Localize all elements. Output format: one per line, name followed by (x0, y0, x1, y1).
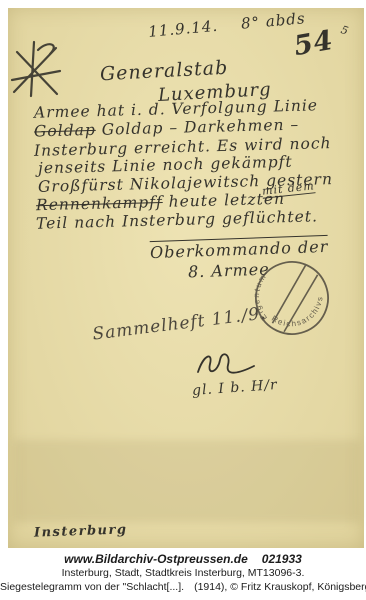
reichsarchiv-stamp: Eigentum Reichsarchivs (252, 258, 332, 338)
crossout-scribble (10, 40, 64, 100)
caption-description-line: Siegestelegramm von der "Schlacht[...].(… (0, 581, 366, 593)
caption-credit: (1914), © Fritz Krauskopf, Königsberg (194, 581, 366, 593)
archive-id: 021933 (262, 552, 302, 566)
struck-word-goldap: Goldap (34, 121, 96, 141)
paper-shading (14, 440, 360, 522)
caption-strip: www.Bildarchiv-Ostpreussen.de021933 Inst… (0, 548, 366, 600)
caption-archive-line: www.Bildarchiv-Ostpreussen.de021933 (0, 552, 366, 566)
archive-photo-page: 11.9.14. 8° abds 54 5 Generalstab Luxemb… (0, 0, 366, 600)
caption-description: Siegestelegramm von der "Schlacht[...]. (0, 581, 184, 593)
caption-location-line: Insterburg, Stadt, Stadtkreis Insterburg… (0, 567, 366, 579)
signature-scribble (196, 350, 258, 380)
archive-url: www.Bildarchiv-Ostpreussen.de (64, 552, 248, 566)
